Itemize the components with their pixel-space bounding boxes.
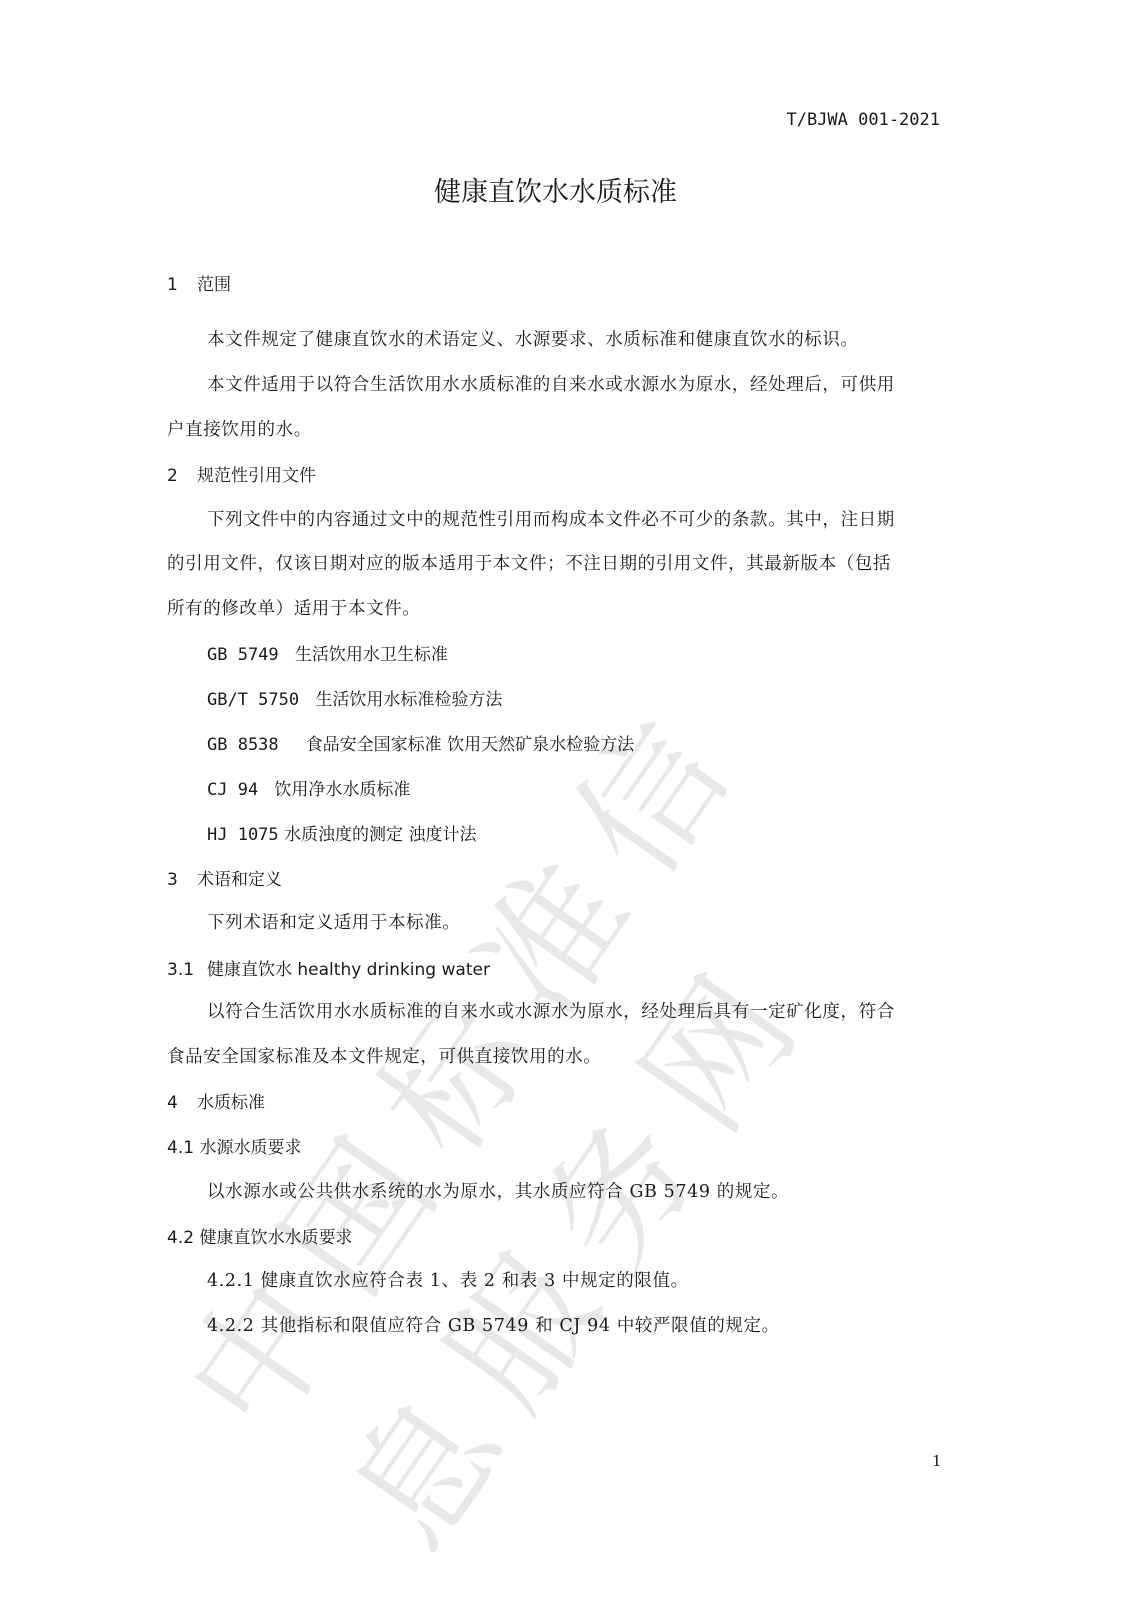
section-3-heading: 3术语和定义 <box>167 865 282 890</box>
section-title: 水质标准 <box>197 1093 265 1113</box>
reference-item: GB/T 5750 生活饮用水标准检验方法 <box>207 685 502 710</box>
section-number: 1 <box>167 275 197 295</box>
section-title: 规范性引用文件 <box>197 466 316 486</box>
paragraph: 下列文件中的内容通过文中的规范性引用而构成本文件必不可少的条款。其中，注日期 <box>207 506 895 531</box>
page-title: 健康直饮水水质标准 <box>0 170 1111 209</box>
paragraph: 4.2.1 健康直饮水应符合表 1、表 2 和表 3 中规定的限值。 <box>207 1267 689 1292</box>
section-number: 3.1 <box>167 960 207 980</box>
section-title: 范围 <box>197 275 231 295</box>
reference-title: 食品安全国家标准 饮用天然矿泉水检验方法 <box>306 735 634 755</box>
reference-item: CJ 94 饮用净水水质标准 <box>207 775 410 800</box>
reference-code: GB 8538 <box>207 735 279 755</box>
reference-code: HJ 1075 <box>207 825 279 845</box>
paragraph: 以水源水或公共供水系统的水为原水，其水质应符合 GB 5749 的规定。 <box>207 1178 789 1203</box>
section-number: 4 <box>167 1093 197 1113</box>
paragraph-continuation: 的引用文件，仅该日期对应的版本适用于本文件；不注日期的引用文件，其最新版本（包括 <box>167 550 891 575</box>
section-2-heading: 2规范性引用文件 <box>167 461 316 486</box>
section-4-heading: 4水质标准 <box>167 1088 265 1113</box>
section-4-2-heading: 4.2 健康直饮水水质要求 <box>167 1223 352 1248</box>
reference-item: GB 5749 生活饮用水卫生标准 <box>207 640 448 665</box>
reference-item: HJ 1075 水质浊度的测定 浊度计法 <box>207 820 476 845</box>
paragraph-continuation: 户直接饮用的水。 <box>167 416 312 441</box>
section-4-1-heading: 4.1 水源水质要求 <box>167 1133 301 1158</box>
standard-code: T/BJWA 001-2021 <box>0 110 940 130</box>
paragraph: 下列术语和定义适用于本标准。 <box>207 909 460 934</box>
paragraph: 4.2.2 其他指标和限值应符合 GB 5749 和 CJ 94 中较严限值的规… <box>207 1312 780 1337</box>
reference-item: GB 8538 食品安全国家标准 饮用天然矿泉水检验方法 <box>207 730 634 755</box>
paragraph: 本文件适用于以符合生活饮用水水质标准的自来水或水源水为原水，经处理后，可供用 <box>207 371 895 396</box>
reference-code: CJ 94 <box>207 780 258 800</box>
section-1-heading: 1范围 <box>167 270 231 295</box>
section-title: 健康直饮水 healthy drinking water <box>207 960 490 980</box>
section-number: 2 <box>167 466 197 486</box>
section-number: 3 <box>167 870 197 890</box>
page-number: 1 <box>932 1452 942 1470</box>
reference-code: GB 5749 <box>207 645 279 665</box>
reference-title: 生活饮用水卫生标准 <box>295 645 448 665</box>
reference-code: GB/T 5750 <box>207 690 299 710</box>
paragraph: 本文件规定了健康直饮水的术语定义、水源要求、水质标准和健康直饮水的标识。 <box>207 326 859 351</box>
paragraph: 以符合生活饮用水水质标准的自来水或水源水为原水，经处理后具有一定矿化度，符合 <box>207 998 895 1023</box>
reference-title: 水质浊度的测定 浊度计法 <box>284 825 476 845</box>
section-3-1-heading: 3.1健康直饮水 healthy drinking water <box>167 955 490 980</box>
paragraph-continuation: 所有的修改单）适用于本文件。 <box>167 595 420 620</box>
reference-title: 生活饮用水标准检验方法 <box>315 690 502 710</box>
paragraph-continuation: 食品安全国家标准及本文件规定，可供直接饮用的水。 <box>167 1043 601 1068</box>
section-title: 术语和定义 <box>197 870 282 890</box>
reference-title: 饮用净水水质标准 <box>274 780 410 800</box>
